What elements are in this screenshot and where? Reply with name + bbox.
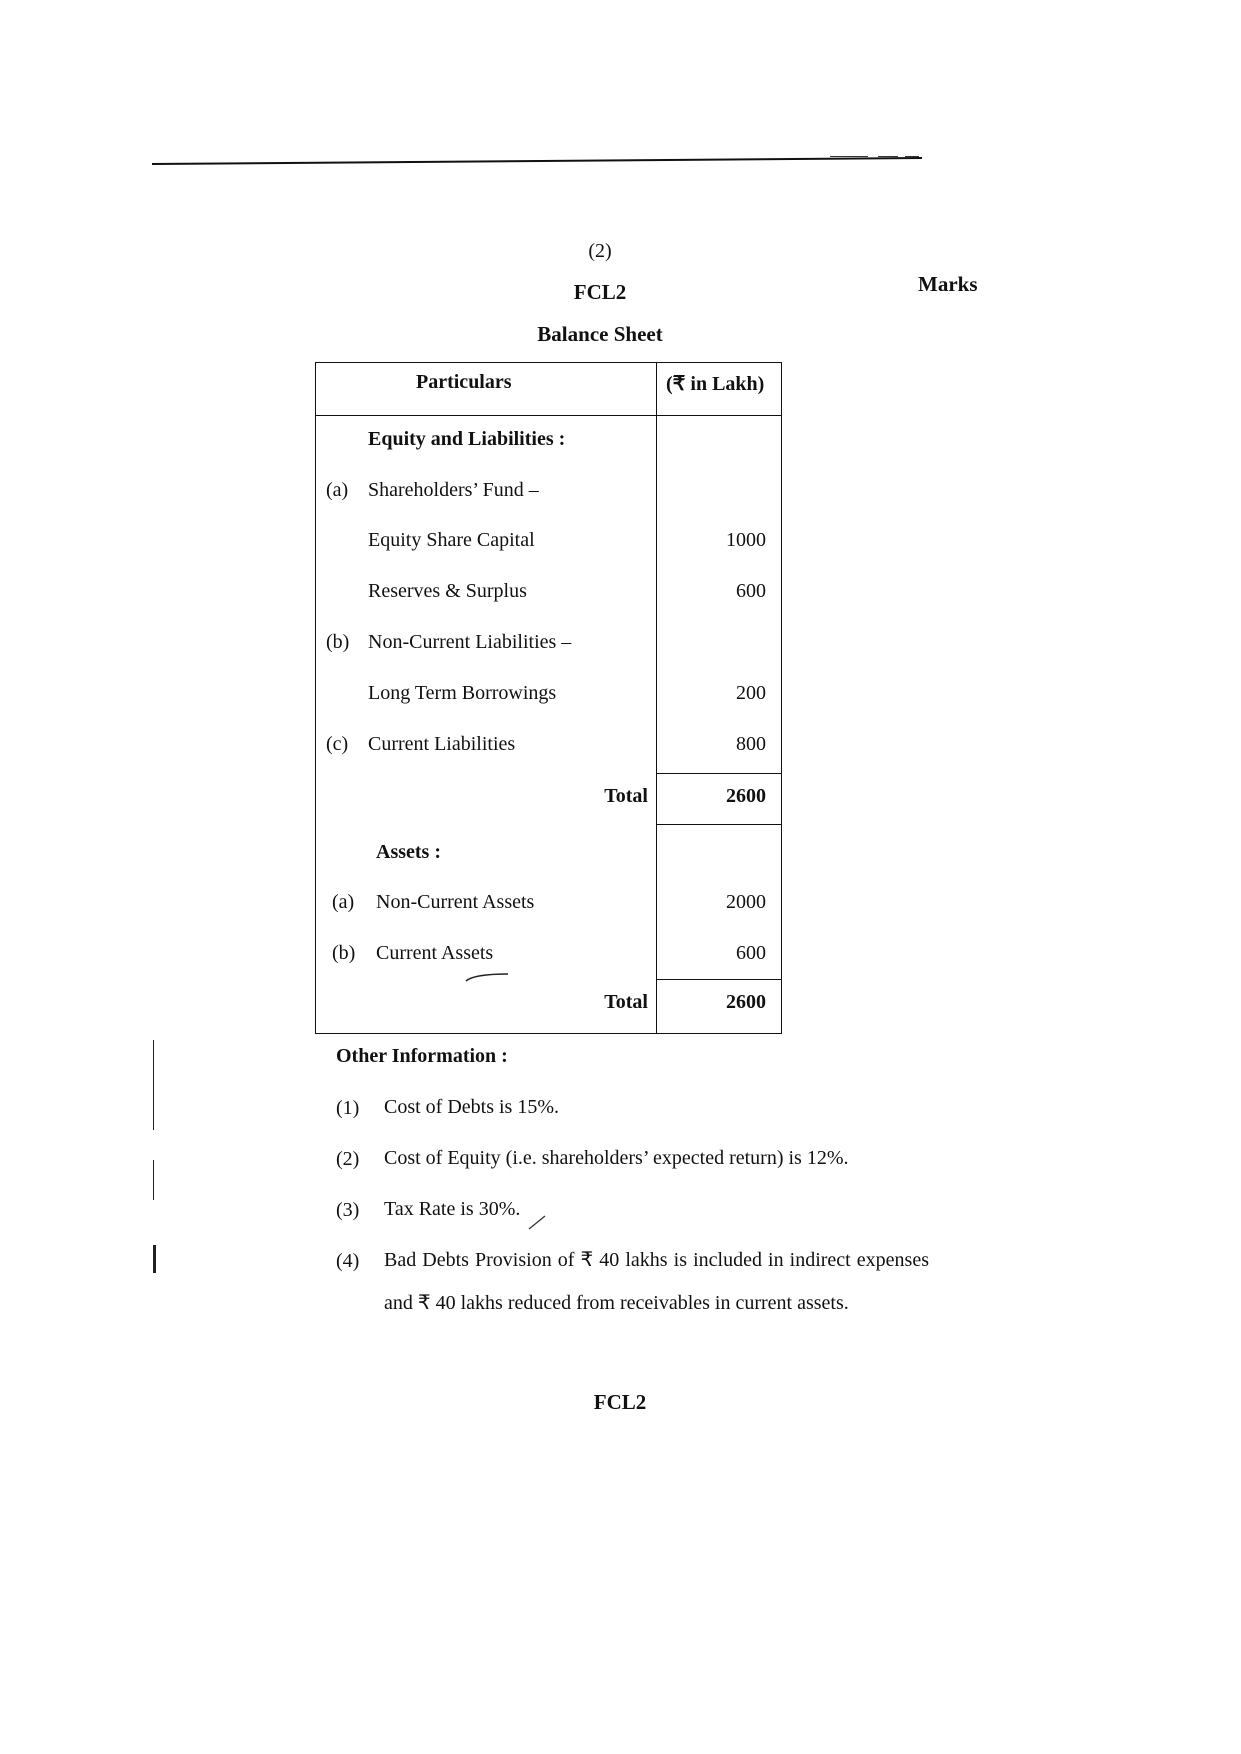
paper-code: FCL2 (540, 280, 660, 305)
balance-sheet-table: Particulars (₹ in Lakh) Equity and Liabi… (315, 362, 782, 1034)
total-divider-top (656, 979, 781, 980)
total-row-liabilities: Total 2600 (316, 785, 783, 821)
total-row-assets: Total 2600 (316, 991, 783, 1027)
top-rule-dash (830, 156, 868, 157)
section-heading-equity-liabilities: Equity and Liabilities : (316, 428, 783, 464)
other-information-heading: Other Information : (336, 1045, 508, 1068)
handwritten-tick-mark (464, 971, 510, 983)
table-row: (b) Current Assets 600 (316, 942, 783, 978)
total-divider-bottom (656, 824, 781, 825)
handwritten-check-mark (527, 1213, 547, 1233)
table-row: Equity Share Capital 1000 (316, 529, 783, 565)
scan-mark (153, 1040, 154, 1130)
marks-label: Marks (918, 272, 978, 297)
table-row: (a) Shareholders’ Fund – (316, 479, 783, 515)
top-rule-dash (878, 156, 898, 157)
top-rule-dash (905, 156, 919, 157)
top-rule (152, 157, 922, 165)
table-row: Reserves & Surplus 600 (316, 580, 783, 616)
page-number: (2) (560, 240, 640, 263)
scan-mark (153, 1245, 156, 1273)
table-row: Long Term Borrowings 200 (316, 682, 783, 718)
table-row: (a) Non-Current Assets 2000 (316, 891, 783, 927)
balance-sheet-title: Balance Sheet (480, 322, 720, 347)
column-header-particulars: Particulars (416, 371, 512, 394)
total-divider-top (656, 773, 781, 774)
column-header-amount: (₹ in Lakh) (666, 371, 764, 396)
section-heading-assets: Assets : (316, 841, 783, 877)
scan-mark (153, 1160, 154, 1200)
table-row: (b) Non-Current Liabilities – (316, 631, 783, 667)
footer-paper-code: FCL2 (560, 1390, 680, 1415)
table-row: (c) Current Liabilities 800 (316, 733, 783, 769)
header-divider (316, 415, 781, 416)
